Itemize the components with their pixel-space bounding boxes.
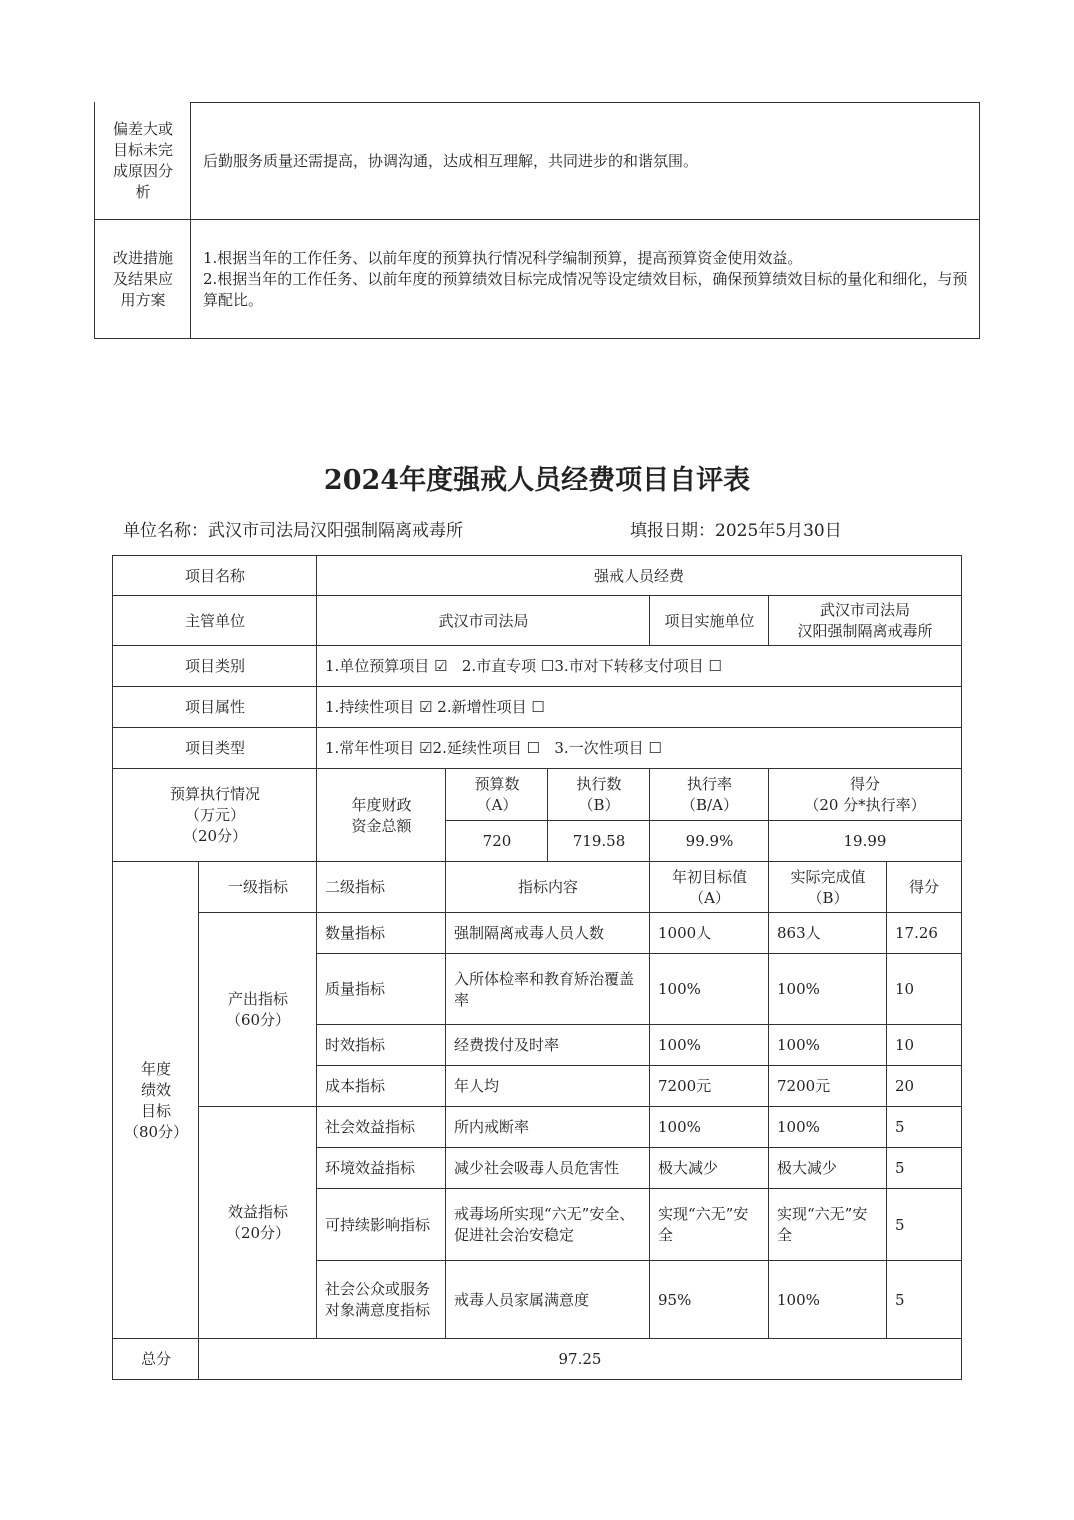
budget-value-rate: 99.9% xyxy=(649,820,770,863)
improvement-label: 改进措施 及结果应 用方案 xyxy=(94,219,192,339)
row-target: 极大减少 xyxy=(649,1147,770,1190)
date-value: 2025年5月30日 xyxy=(715,521,842,541)
row-content: 减少社会吸毒人员危害性 xyxy=(445,1147,651,1190)
form-title: 2024年度强戒人员经费项目自评表 xyxy=(0,458,1074,497)
category-label: 项目类别 xyxy=(112,645,318,688)
budget-value-score: 19.99 xyxy=(768,820,962,863)
row-actual: 极大减少 xyxy=(768,1147,888,1190)
unit-value: 武汉市司法局汉阳强制隔离戒毒所 xyxy=(208,521,463,541)
improvement-content: 1.根据当年的工作任务、以前年度的预算执行情况科学编制预算，提高预算资金使用效益… xyxy=(190,219,980,339)
header-target: 年初目标值 （A） xyxy=(649,861,770,914)
row-level2: 社会公众或服务对象满意度指标 xyxy=(316,1260,447,1340)
supervisor-label: 主管单位 xyxy=(112,595,318,647)
attribute-options: 1.持续性项目 ☑ 2.新增性项目 ☐ xyxy=(316,686,962,729)
row-level2: 质量指标 xyxy=(316,953,447,1026)
type-options: 1.常年性项目 ☑2.延续性项目 ☐ 3.一次性项目 ☐ xyxy=(316,727,962,770)
supervisor-value: 武汉市司法局 xyxy=(316,595,651,647)
row-target: 95% xyxy=(649,1260,770,1340)
budget-label: 预算执行情况 （万元） （20分） xyxy=(112,768,318,863)
date-label: 填报日期： xyxy=(630,521,715,541)
row-target: 7200元 xyxy=(649,1065,770,1108)
row-actual: 100% xyxy=(768,1106,888,1149)
row-actual: 100% xyxy=(768,1260,888,1340)
row-level2: 环境效益指标 xyxy=(316,1147,447,1190)
header-content: 指标内容 xyxy=(445,861,651,914)
row-content: 经费拨付及时率 xyxy=(445,1024,651,1067)
row-score: 10 xyxy=(886,953,962,1026)
header-level2: 二级指标 xyxy=(316,861,447,914)
row-target: 100% xyxy=(649,953,770,1026)
category-options: 1.单位预算项目 ☑ 2.市直专项 ☐3.市对下转移支付项目 ☐ xyxy=(316,645,962,688)
row-score: 17.26 xyxy=(886,912,962,955)
attribute-label: 项目属性 xyxy=(112,686,318,729)
row-target: 100% xyxy=(649,1106,770,1149)
header-actual: 实际完成值 （B） xyxy=(768,861,888,914)
row-score: 10 xyxy=(886,1024,962,1067)
row-content: 入所体检率和教育矫治覆盖率 xyxy=(445,953,651,1026)
row-actual: 100% xyxy=(768,1024,888,1067)
total-value: 97.25 xyxy=(198,1338,962,1380)
row-level2: 成本指标 xyxy=(316,1065,447,1108)
budget-header-b: 执行数 （B） xyxy=(547,768,651,822)
row-target: 1000人 xyxy=(649,912,770,955)
row-actual: 实现“六无”安全 xyxy=(768,1188,888,1262)
row-level2: 时效指标 xyxy=(316,1024,447,1067)
budget-value-a: 720 xyxy=(445,820,549,863)
row-score: 5 xyxy=(886,1260,962,1340)
budget-value-b: 719.58 xyxy=(547,820,651,863)
row-content: 戒毒场所实现“六无”安全、促进社会治安稳定 xyxy=(445,1188,651,1262)
group-benefit-label: 效益指标 （20分） xyxy=(198,1106,318,1340)
budget-header-score: 得分 （20 分*执行率） xyxy=(768,768,962,822)
row-actual: 7200元 xyxy=(768,1065,888,1108)
row-actual: 100% xyxy=(768,953,888,1026)
type-label: 项目类型 xyxy=(112,727,318,770)
unit-label: 单位名称： xyxy=(123,521,208,541)
header-score: 得分 xyxy=(886,861,962,914)
row-content: 戒毒人员家属满意度 xyxy=(445,1260,651,1340)
budget-header-a: 预算数 （A） xyxy=(445,768,549,822)
implementer-label: 项目实施单位 xyxy=(649,595,770,647)
unit-info: 单位名称：武汉市司法局汉阳强制隔离戒毒所 xyxy=(123,516,463,541)
row-level2: 数量指标 xyxy=(316,912,447,955)
row-score: 5 xyxy=(886,1188,962,1262)
row-content: 强制隔离戒毒人员人数 xyxy=(445,912,651,955)
row-content: 年人均 xyxy=(445,1065,651,1108)
budget-header-rate: 执行率 （B/A） xyxy=(649,768,770,822)
row-score: 5 xyxy=(886,1147,962,1190)
date-info: 填报日期：2025年5月30日 xyxy=(630,516,842,541)
fund-total-label: 年度财政 资金总额 xyxy=(316,768,447,863)
row-content: 所内戒断率 xyxy=(445,1106,651,1149)
annual-goals-label: 年度 绩效 目标 （80分） xyxy=(112,861,200,1340)
deviation-content: 后勤服务质量还需提高，协调沟通，达成相互理解，共同进步的和谐氛围。 xyxy=(190,102,980,221)
project-name-label: 项目名称 xyxy=(112,555,318,597)
row-score: 20 xyxy=(886,1065,962,1108)
implementer-value: 武汉市司法局 汉阳强制隔离戒毒所 xyxy=(768,595,962,647)
row-level2: 可持续影响指标 xyxy=(316,1188,447,1262)
row-score: 5 xyxy=(886,1106,962,1149)
row-target: 100% xyxy=(649,1024,770,1067)
total-label: 总分 xyxy=(112,1338,200,1380)
header-level1: 一级指标 xyxy=(198,861,318,914)
project-name-value: 强戒人员经费 xyxy=(316,555,962,597)
row-actual: 863人 xyxy=(768,912,888,955)
row-target: 实现“六无”安全 xyxy=(649,1188,770,1262)
group-output-label: 产出指标 （60分） xyxy=(198,912,318,1108)
deviation-label: 偏差大或 目标未完 成原因分 析 xyxy=(94,102,192,221)
row-level2: 社会效益指标 xyxy=(316,1106,447,1149)
